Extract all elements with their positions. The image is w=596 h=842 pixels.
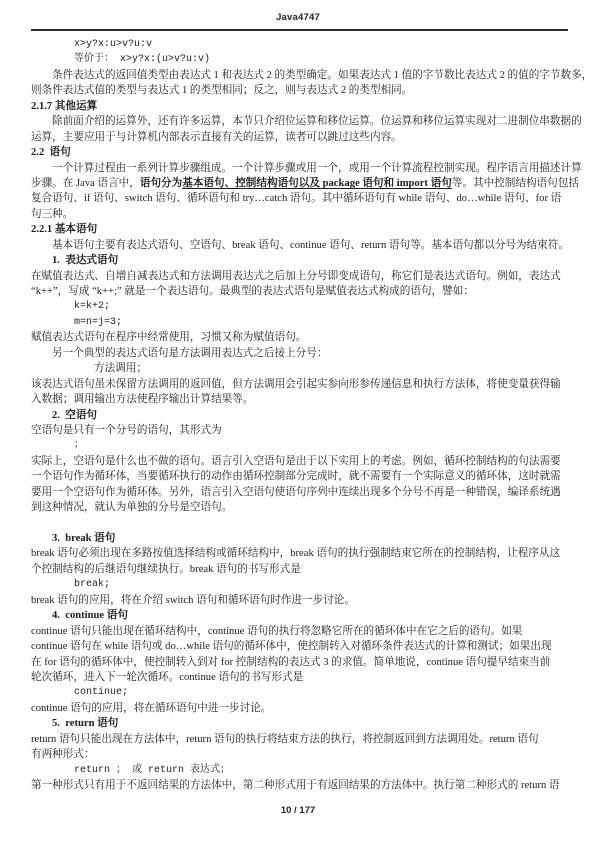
text-line: k=k+2; (31, 299, 568, 314)
text-line: 2.1.7 其他运算 (31, 99, 568, 114)
text-line: x>y?x:u>v?u:v (31, 37, 568, 52)
text-line: 运算，主要应用于与计算机内部表示直接有关的运算，读者可以跳过这些内容。 (31, 130, 568, 145)
text-segment: 步骤。在 Java 语言中， (31, 178, 140, 189)
text-line: break 语句的应用，将在介绍 switch 语句和循环语句时作进一步讨论。 (31, 593, 568, 608)
text-line: 步骤。在 Java 语言中，语句分为基本语句、控制结构语句以及 package … (31, 176, 568, 191)
header-rule (31, 29, 568, 31)
text-line: 到这种情况，就认为单独的分号是空语句。 (31, 500, 568, 515)
text-line: 在赋值表达式、自增自减表达式和方法调用表达式之后加上分号即变成语句，称它们是表达… (31, 269, 568, 284)
text-segment: 基本语句、控制结构语句以及 package 语句和 import 语句 (182, 178, 452, 189)
text-line: 2.2 语句 (31, 145, 568, 160)
page-number: 10 / 177 (0, 805, 596, 816)
text-line: 复合语句、if 语句、switch 语句、循环语句和 try…catch 语句。… (31, 191, 568, 206)
text-line: 一个语句作为循环体，当要循环执行的动作由循环控制部分完成时，就不需要有一个实际意… (31, 469, 568, 484)
text-line: 句三种。 (31, 207, 568, 222)
document-body: x>y?x:u>v?u:v等价于： x>y?x:(u>v?u:v)条件表达式的返… (31, 37, 568, 793)
document-page: Java4747 x>y?x:u>v?u:v等价于： x>y?x:(u>v?u:… (0, 0, 596, 842)
text-line: 赋值表达式语句在程序中经常使用，习惯又称为赋值语句。 (31, 330, 568, 345)
blank-line (31, 516, 568, 531)
text-line: continue; (31, 685, 568, 700)
text-line: “k++”，写成 “k++;” 就是一个表达语句。最典型的表达式语句是赋值表达式… (31, 284, 568, 299)
text-line: 入数据；调用输出方法使程序输出计算结果等。 (31, 392, 568, 407)
text-line: 要用一个空语句作为循环体。另外，语言引入空语句使语句序列中连续出现多个分号不再是… (31, 485, 568, 500)
text-line: break; (31, 577, 568, 592)
text-line: 5. return 语句 (31, 716, 568, 731)
text-segment: 语句分为 (140, 178, 182, 189)
text-line: 第一种形式只有用于不返回结果的方法体中，第二种形式用于有返回结果的方法体中。执行… (31, 778, 568, 793)
text-line: ； (31, 438, 568, 453)
text-line: m=n=j=3; (31, 315, 568, 330)
text-line: 另一个典型的表达式语句是方法调用表达式之后接上分号： (31, 346, 568, 361)
text-line: 有两种形式： (31, 747, 568, 762)
text-line: 则条件表达式值的类型与表达式 1 的类型相同；反之，则与表达式 2 的类型相同。 (31, 83, 568, 98)
text-line: 等价于： x>y?x:(u>v?u:v) (31, 52, 568, 67)
page-header-title: Java4747 (0, 12, 596, 23)
text-line: 条件表达式的返回值类型由表达式 1 和表达式 2 的类型确定。如果表达式 1 值… (31, 68, 568, 83)
text-line: continue 语句的应用，将在循环语句中进一步讨论。 (31, 701, 568, 716)
text-segment: 等。其中控制结构语句包括 (452, 178, 579, 189)
text-line: 轮次循环，进入下一轮次循环。continue 语句的书写形式是 (31, 670, 568, 685)
text-line: 2.2.1 基本语句 (31, 222, 568, 237)
text-line: 方法调用； (31, 361, 568, 376)
text-line: 1. 表达式语句 (31, 253, 568, 268)
text-line: 空语句是只有一个分号的语句，其形式为 (31, 423, 568, 438)
text-line: break 语句必须出现在多路按值选择结构或循环结构中，break 语句的执行强… (31, 546, 568, 561)
text-line: 在 for 语句的循环体中，使控制转入到对 for 控制结构的表达式 3 的求值… (31, 655, 568, 670)
text-line: 2. 空语句 (31, 408, 568, 423)
text-line: 基本语句主要有表达式语句、空语句、break 语句、continue 语句、re… (31, 238, 568, 253)
text-line: 3. break 语句 (31, 531, 568, 546)
text-line: return ； 或 return 表达式； (31, 763, 568, 778)
text-line: 4. continue 语句 (31, 608, 568, 623)
text-line: 实际上，空语句是什么也不做的语句。语言引入空语句是出于以下实用上的考虑。例如，循… (31, 454, 568, 469)
text-line: 一个计算过程由一系列计算步骤组成。一个计算步骤或用一个，或用一个计算流程控制实现… (31, 161, 568, 176)
text-line: return 语句只能出现在方法体中，return 语句的执行将结束方法的执行，… (31, 732, 568, 747)
text-line: continue 语句在 while 语句或 do…while 语句的循环体中，… (31, 639, 568, 654)
text-line: continue 语句只能出现在循环结构中，continue 语句的执行将忽略它… (31, 624, 568, 639)
text-line: 该表达式语句虽未保留方法调用的返回值，但方法调用会引起实参向形参传递信息和执行方… (31, 377, 568, 392)
text-line: 个控制结构的后继语句继续执行。break 语句的书写形式是 (31, 562, 568, 577)
text-line: 除前面介绍的运算外，还有许多运算，本节只介绍位运算和移位运算。位运算和移位运算实… (31, 114, 568, 129)
